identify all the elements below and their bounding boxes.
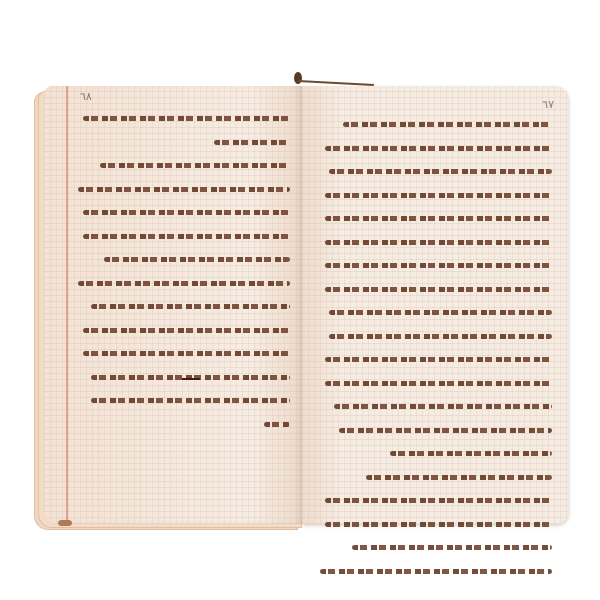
ink-stroke: [325, 193, 552, 198]
handwritten-line: Ottoman Turkish handwritten line 11: [74, 349, 290, 358]
handwritten-line: Ottoman Turkish handwritten line 9: [320, 308, 552, 317]
ink-stroke: [78, 187, 290, 192]
ink-stroke: [83, 234, 290, 239]
handwritten-line: Ottoman Turkish handwritten line 9: [74, 302, 290, 311]
ink-stroke: [339, 428, 552, 433]
separator-dash: [182, 378, 200, 380]
ink-stroke: [329, 310, 552, 315]
ink-stroke: [100, 163, 290, 168]
handwritten-line: Ottoman Turkish handwritten line 7: [320, 261, 552, 270]
handwritten-line: Ottoman Turkish handwritten line 8: [74, 279, 290, 288]
ink-stroke: [83, 351, 290, 356]
ink-stroke: [325, 498, 552, 503]
handwritten-text-block: Ottoman Turkish handwritten line 1Ottoma…: [74, 114, 290, 443]
ink-stroke: [83, 328, 290, 333]
ink-stroke: [264, 422, 290, 427]
handwritten-text-block: Ottoman Turkish handwritten line 1Ottoma…: [320, 120, 552, 590]
handwritten-line: Ottoman Turkish handwritten line 18: [320, 520, 552, 529]
ink-stroke: [334, 404, 552, 409]
ink-stroke: [325, 216, 552, 221]
ink-stroke: [325, 146, 552, 151]
ink-stroke: [91, 304, 290, 309]
handwritten-line: Ottoman Turkish handwritten line 17: [320, 496, 552, 505]
handwritten-line: Ottoman Turkish handwritten line 5: [74, 208, 290, 217]
ink-stroke: [366, 475, 552, 480]
ink-stroke: [352, 545, 552, 550]
ink-stroke: [325, 263, 552, 268]
margin-rule: [66, 86, 68, 520]
handwritten-line: Ottoman Turkish handwritten line 4: [74, 185, 290, 194]
handwritten-line: Ottoman Turkish handwritten line 1: [320, 120, 552, 129]
ink-stroke: [320, 569, 552, 574]
ink-stroke: [325, 287, 552, 292]
ink-stroke: [329, 169, 552, 174]
handwritten-line: Ottoman Turkish handwritten line 14: [320, 426, 552, 435]
handwritten-line: Ottoman Turkish handwritten line 10: [320, 332, 552, 341]
handwritten-line: Ottoman Turkish handwritten line 5: [320, 214, 552, 223]
handwritten-line: Ottoman Turkish handwritten line 1: [74, 114, 290, 123]
ink-stroke: [329, 334, 552, 339]
handwritten-line: Ottoman Turkish handwritten line 4: [320, 191, 552, 200]
handwritten-line: Ottoman Turkish handwritten line 13: [320, 402, 552, 411]
handwritten-line: Ottoman Turkish handwritten line 12: [320, 379, 552, 388]
handwritten-line: Ottoman Turkish handwritten line 19: [320, 543, 552, 552]
handwritten-line: Ottoman Turkish handwritten line 20: [320, 567, 552, 576]
ink-stroke: [390, 451, 552, 456]
ink-stroke: [325, 522, 552, 527]
ink-stroke: [83, 116, 290, 121]
manuscript-notebook: ٦٨ Ottoman Turkish handwritten line 1Ott…: [0, 0, 600, 600]
page-number: ٦٧: [542, 98, 554, 111]
string-cord: [298, 80, 374, 86]
handwritten-line: Ottoman Turkish handwritten line 12: [74, 373, 290, 382]
handwritten-line: Ottoman Turkish handwritten line 16: [320, 473, 552, 482]
ink-stroke: [104, 257, 290, 262]
handwritten-line: Ottoman Turkish handwritten line 13: [74, 396, 290, 405]
handwritten-line: Ottoman Turkish handwritten line 8: [320, 285, 552, 294]
ink-stroke: [325, 381, 552, 386]
handwritten-line: Ottoman Turkish handwritten line 3: [74, 161, 290, 170]
handwritten-line: Ottoman Turkish handwritten line 15: [320, 449, 552, 458]
ink-stroke: [78, 281, 290, 286]
handwritten-line: Ottoman Turkish handwritten line 11: [320, 355, 552, 364]
handwritten-line: Ottoman Turkish handwritten line 2 (shor…: [74, 138, 290, 147]
ink-stroke: [83, 210, 290, 215]
ink-stroke: [91, 398, 290, 403]
ink-stroke: [343, 122, 552, 127]
handwritten-line: Ottoman Turkish handwritten line 6: [74, 232, 290, 241]
page-number: ٦٨: [80, 90, 92, 103]
spine-tab: [58, 520, 72, 526]
right-page: ٦٧ Ottoman Turkish handwritten line 1Ott…: [302, 86, 568, 524]
handwritten-line: Ottoman Turkish handwritten line 6: [320, 238, 552, 247]
ink-stroke: [325, 240, 552, 245]
left-page: ٦٨ Ottoman Turkish handwritten line 1Ott…: [44, 86, 302, 524]
handwritten-line: Ottoman Turkish handwritten line 10: [74, 326, 290, 335]
ink-stroke: [325, 357, 552, 362]
handwritten-line: Ottoman Turkish handwritten line 14 (sig…: [74, 420, 290, 429]
handwritten-line: Ottoman Turkish handwritten line 2: [320, 144, 552, 153]
handwritten-line: Ottoman Turkish handwritten line 3: [320, 167, 552, 176]
handwritten-line: Ottoman Turkish handwritten line 7: [74, 255, 290, 264]
binding-string: [292, 72, 374, 86]
ink-stroke: [214, 140, 290, 145]
